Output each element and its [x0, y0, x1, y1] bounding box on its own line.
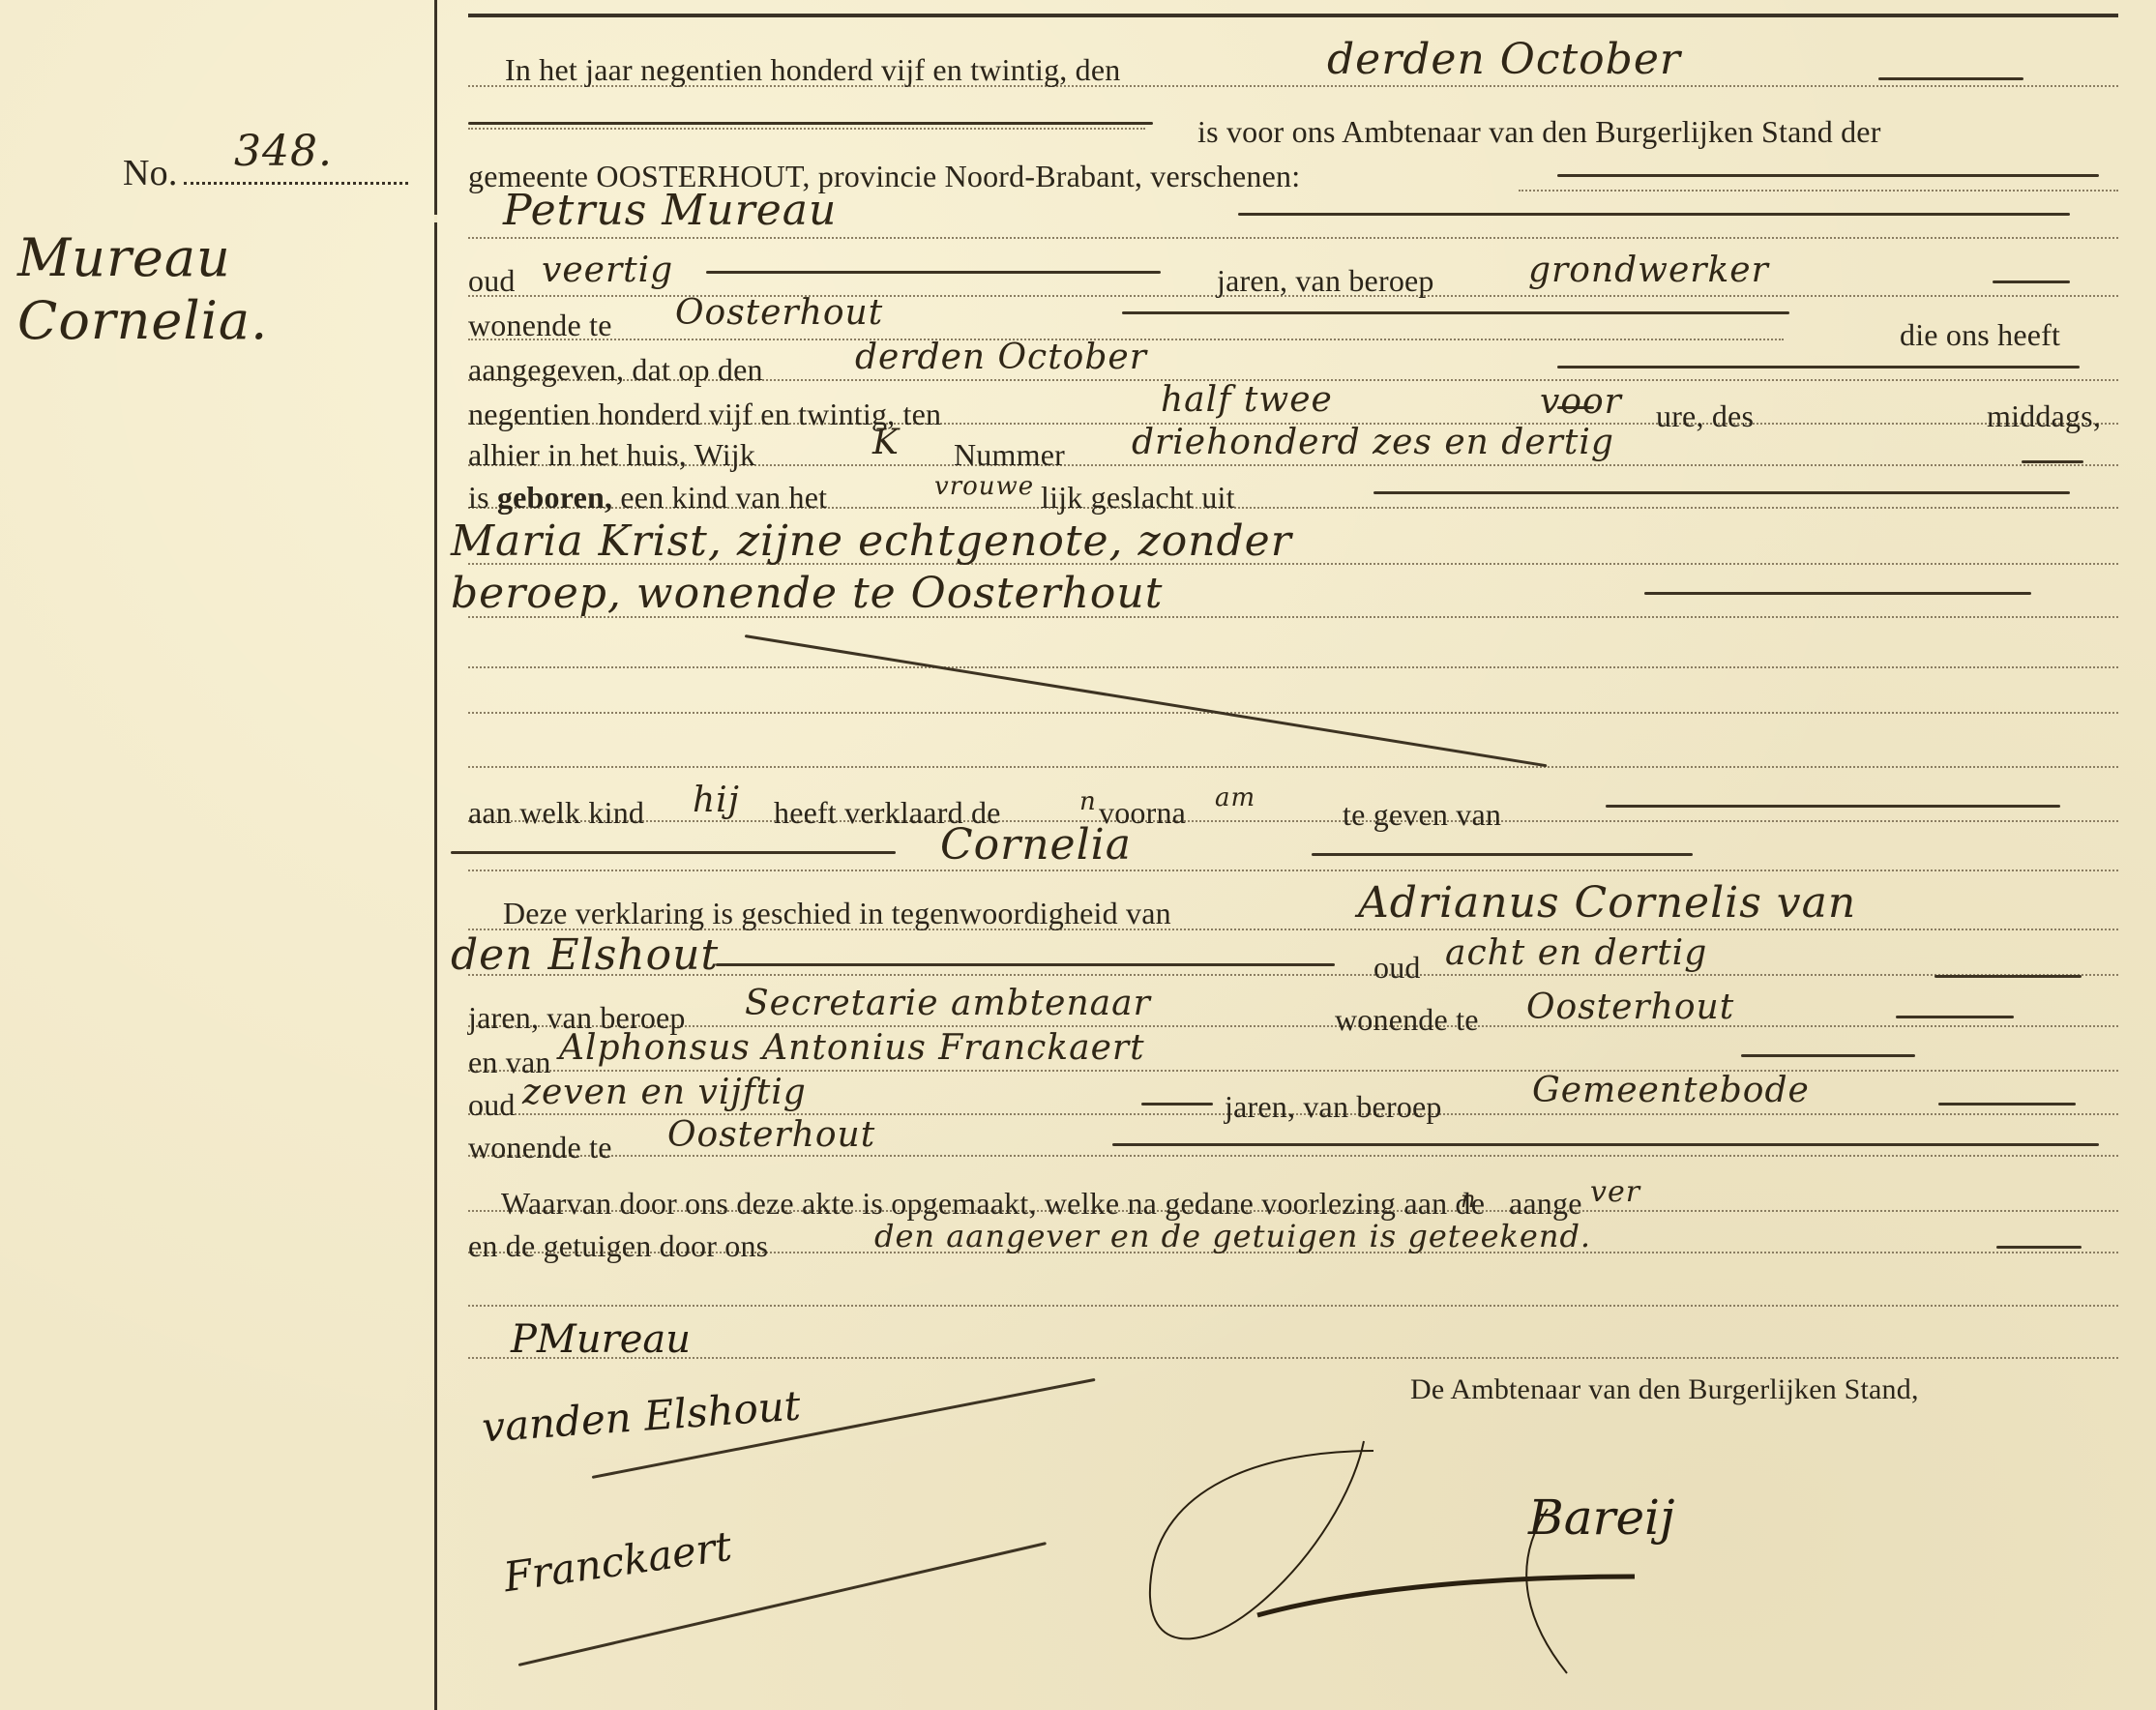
fill-dash [1938, 1103, 2076, 1106]
signature-witness1: vanden Elshout [481, 1382, 802, 1452]
handwritten-age: veertig [542, 253, 673, 288]
handwritten-witness1-age: acht en dertig [1445, 936, 1707, 971]
handwritten-witness1-surname: den Elshout [451, 934, 719, 977]
printed-text: en de getuigen door ons [468, 1230, 768, 1261]
fill-dash [1122, 311, 1789, 314]
fill-dash [1644, 592, 2031, 595]
fill-dash [1996, 1246, 2082, 1249]
form-line [468, 712, 2118, 714]
printed-text: negentien honderd vijf en twintig, ten [468, 398, 941, 429]
form-line [468, 666, 2118, 668]
fill-dash [1741, 1054, 1915, 1057]
top-rule [468, 14, 2118, 17]
fill-dash [451, 851, 896, 854]
fill-dash [1373, 491, 2070, 494]
printed-text: alhier in het huis, Wijk [468, 439, 755, 470]
record-number-value: 348. [234, 131, 333, 173]
handwritten-birth-time: half twee [1161, 383, 1333, 418]
margin-surname: Mureau [17, 232, 231, 284]
handwritten-residence: Oosterhout [675, 296, 883, 331]
form-line [468, 1357, 2118, 1359]
form-line [468, 820, 2118, 822]
fill-dash [1934, 975, 2082, 978]
official-signature-flourish [1141, 1431, 1644, 1683]
handwritten-occupation: grondwerker [1528, 253, 1769, 288]
handwritten-witness1-residence: Oosterhout [1526, 990, 1734, 1025]
handwritten-witness2-residence: Oosterhout [667, 1118, 875, 1153]
form-line [468, 128, 1145, 130]
handwritten-ampm: voor [1540, 385, 1622, 420]
printed-text: lijk geslacht uit [1041, 482, 1235, 513]
form-line [468, 1155, 2118, 1157]
signature-witness2: Franckaert [501, 1522, 735, 1602]
printed-text: wonende te [468, 310, 612, 340]
handwritten-wijk: K [872, 426, 900, 460]
printed-text: Nummer [954, 439, 1065, 470]
record-number-label: No. [123, 155, 178, 192]
handwritten-signing-clause: den aangever en de getuigen is geteekend… [874, 1221, 1591, 1252]
printed-text: Deze verklaring is geschied in tegenwoor… [503, 898, 1171, 929]
printed-text: aangegeven, dat op den [468, 354, 763, 385]
fill-dash [1557, 174, 2099, 177]
form-line [1519, 190, 2118, 192]
handwritten-declarant-name: Petrus Mureau [503, 190, 837, 232]
form-line [468, 237, 2118, 239]
handwritten-child-name: Cornelia [940, 824, 1132, 867]
handwritten-suffix: am [1215, 785, 1255, 811]
signature-declarant: PMureau [511, 1317, 691, 1362]
handwritten-mother-residence: beroep, wonende te Oosterhout [451, 573, 1163, 615]
form-line [468, 1305, 2118, 1307]
fill-dash [2022, 460, 2083, 463]
printed-text: is geboren, een kind van het [468, 482, 827, 513]
margin-rule [434, 0, 437, 1710]
handwritten-witness2-occupation: Gemeentebode [1532, 1074, 1810, 1108]
printed-text: Waarvan door ons deze akte is opgemaakt,… [501, 1188, 1485, 1219]
handwritten-witness1-occupation: Secretarie ambtenaar [745, 987, 1151, 1021]
printed-text: In het jaar negentien honderd vijf en tw… [505, 54, 1120, 85]
form-line [468, 870, 2118, 871]
form-line [468, 1070, 2118, 1072]
signature-official: Bareij [1528, 1489, 1675, 1546]
handwritten-birth-date: derden October [855, 340, 1147, 375]
printed-text: jaren, van beroep [1217, 265, 1434, 296]
margin-given-name: Cornelia. [17, 295, 268, 347]
printed-text: te geven van [1343, 799, 1501, 830]
fill-dash [1238, 213, 2070, 216]
printed-text: oud [468, 1089, 516, 1120]
printed-text: aan welk kind [468, 797, 644, 828]
handwritten-suffix: ver [1590, 1178, 1640, 1207]
form-line [468, 1025, 2118, 1027]
printed-text: ure, des [1656, 400, 1754, 431]
handwritten-witness1: Adrianus Cornelis van [1358, 882, 1856, 925]
fill-dash [716, 963, 1335, 966]
printed-text: wonende te [468, 1132, 612, 1163]
form-line [468, 766, 2118, 768]
fill-dash [1112, 1143, 2099, 1146]
official-label: De Ambtenaar van den Burgerlijken Stand, [1410, 1375, 1919, 1404]
fill-dash [1993, 280, 2070, 283]
handwritten-declarant-pronoun: hij [693, 783, 740, 818]
margin-rule-gap [434, 215, 437, 222]
handwritten-date: derden October [1327, 39, 1681, 81]
printed-text: oud [1373, 952, 1421, 983]
fill-dash [1312, 853, 1693, 856]
void-strike-line [745, 634, 1548, 767]
printed-text: aange [1509, 1188, 1582, 1219]
handwritten-witness2: Alphonsus Antonius Franckaert [559, 1031, 1145, 1066]
handwritten-suffix: n [1461, 1188, 1476, 1211]
fill-dash [468, 122, 1153, 125]
fill-dash [1557, 366, 2080, 369]
printed-text: die ons heeft [1900, 319, 2060, 350]
handwritten-house-number: driehonderd zes en dertig [1132, 426, 1614, 460]
fill-dash [1878, 77, 2023, 80]
handwritten-sex: vrouwe [934, 474, 1034, 499]
fill-dash [706, 271, 1161, 274]
handwritten-suffix: n [1079, 789, 1097, 814]
fill-dash [1141, 1103, 1213, 1106]
fill-dash [1606, 805, 2060, 808]
printed-text: jaren, van beroep [1225, 1091, 1442, 1122]
printed-text: wonende te [1335, 1004, 1479, 1035]
record-number-dots [184, 182, 408, 185]
handwritten-mother: Maria Krist, zijne echtgenote, zonder [451, 520, 1292, 563]
handwritten-witness2-age: zeven en vijftig [522, 1076, 807, 1110]
printed-text: middags, [1987, 400, 2101, 431]
printed-text: oud [468, 265, 516, 296]
printed-text: is voor ons Ambtenaar van den Burgerlijk… [1197, 116, 1881, 147]
fill-dash [1896, 1016, 2014, 1018]
